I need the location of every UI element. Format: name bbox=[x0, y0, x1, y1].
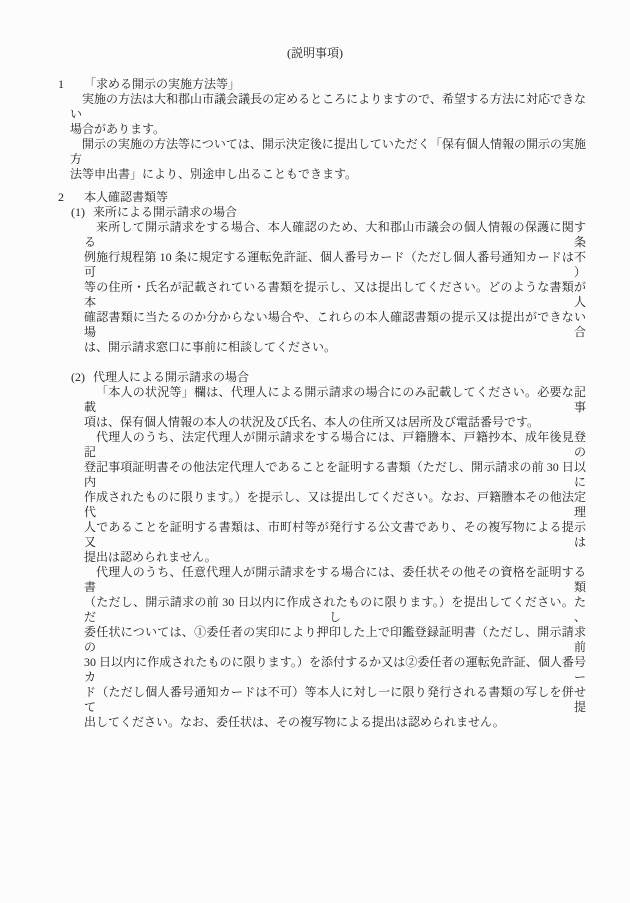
section-2-heading: 2 本人確認書類等 bbox=[58, 190, 586, 205]
text-line: 「本人の状況等」欄は、代理人による開示請求の場合にのみ記載してください。必要な記… bbox=[84, 385, 586, 415]
section-number: 2 bbox=[58, 190, 84, 205]
subsection-number: (1) bbox=[71, 205, 93, 220]
section-1-heading: 1 「求める開示の実施方法等」 bbox=[58, 77, 586, 92]
subsection-title: 来所による開示請求の場合 bbox=[93, 205, 237, 220]
section-title: 「求める開示の実施方法等」 bbox=[84, 77, 240, 92]
document-title: (説明事項) bbox=[0, 0, 630, 61]
text-line: 作成されたものに限ります。）を提示し、又は提出してください。なお、戸籍謄本その他… bbox=[84, 490, 586, 520]
paragraph: 「本人の状況等」欄は、代理人による開示請求の場合にのみ記載してください。必要な記… bbox=[84, 385, 586, 430]
text-line: 例施行規程第 10 条に規定する運転免許証、個人番号カード（ただし個人番号通知カ… bbox=[84, 250, 586, 280]
text-line: 代理人のうち、任意代理人が開示請求をする場合には、委任状その他その資格を証明する… bbox=[84, 565, 586, 595]
text-line: は、開示請求窓口に事前に相談してください。 bbox=[84, 340, 586, 355]
text-line: 30 日以内に作成されたものに限ります。）を添付するか又は②委任者の運転免許証、… bbox=[84, 655, 586, 685]
text-line: 代理人のうち、法定代理人が開示請求をする場合には、戸籍謄本、戸籍抄本、成年後見登… bbox=[84, 430, 586, 460]
paragraph: 実施の方法は大和郡山市議会議長の定めるところによりますので、希望する方法に対応で… bbox=[70, 92, 586, 137]
paragraph: 来所して開示請求をする場合、本人確認のため、大和郡山市議会の個人情報の保護に関す… bbox=[84, 220, 586, 355]
document-page: (説明事項) 1 「求める開示の実施方法等」 実施の方法は大和郡山市議会議長の定… bbox=[0, 0, 630, 903]
text-line: ド（ただし個人番号通知カードは不可）等本人に対し一に限り発行される書類の写しを併… bbox=[84, 685, 586, 715]
paragraph: 開示の実施の方法等については、開示決定後に提出していただく「保有個人情報の開示の… bbox=[70, 137, 586, 182]
text-line: 委任状については、①委任者の実印により押印した上で印鑑登録証明書（ただし、開示請… bbox=[84, 625, 586, 655]
text-line: 登記事項証明書その他法定代理人であることを証明する書類（ただし、開示請求の前 3… bbox=[84, 460, 586, 490]
subsection-number: (2) bbox=[71, 370, 93, 385]
subsection-2-heading: (2) 代理人による開示請求の場合 bbox=[71, 370, 586, 385]
text-line: 実施の方法は大和郡山市議会議長の定めるところによりますので、希望する方法に対応で… bbox=[70, 92, 586, 122]
text-line: 人であることを証明する書類は、市町村等が発行する公文書であり、その複写物による提… bbox=[84, 520, 586, 550]
text-line: 来所して開示請求をする場合、本人確認のため、大和郡山市議会の個人情報の保護に関す… bbox=[84, 220, 586, 250]
section-title: 本人確認書類等 bbox=[84, 190, 168, 205]
text-line: 提出は認められません。 bbox=[84, 550, 586, 565]
text-line: 法等申出書」により、別途申し出ることもできます。 bbox=[70, 167, 586, 182]
text-line: 場合があります。 bbox=[70, 122, 586, 137]
subsection-title: 代理人による開示請求の場合 bbox=[93, 370, 249, 385]
text-line: 出してください。なお、委任状は、その複写物による提出は認められません。 bbox=[84, 715, 586, 730]
text-line: 確認書類に当たるのか分からない場合や、これらの本人確認書類の提示又は提出ができな… bbox=[84, 310, 586, 340]
text-line: 等の住所・氏名が記載されている書類を提示し、又は提出してください。どのような書類… bbox=[84, 280, 586, 310]
subsection-1-heading: (1) 来所による開示請求の場合 bbox=[71, 205, 586, 220]
document-content: 1 「求める開示の実施方法等」 実施の方法は大和郡山市議会議長の定めるところによ… bbox=[0, 77, 630, 730]
text-line: 項は、保有個人情報の本人の状況及び氏名、本人の住所又は居所及び電話番号です。 bbox=[84, 415, 586, 430]
paragraph: 代理人のうち、任意代理人が開示請求をする場合には、委任状その他その資格を証明する… bbox=[84, 565, 586, 730]
text-line: 開示の実施の方法等については、開示決定後に提出していただく「保有個人情報の開示の… bbox=[70, 137, 586, 167]
section-number: 1 bbox=[58, 77, 84, 92]
paragraph: 代理人のうち、法定代理人が開示請求をする場合には、戸籍謄本、戸籍抄本、成年後見登… bbox=[84, 430, 586, 565]
text-line: （ただし、開示請求の前 30 日以内に作成されたものに限ります。）を提出してくだ… bbox=[84, 595, 586, 625]
